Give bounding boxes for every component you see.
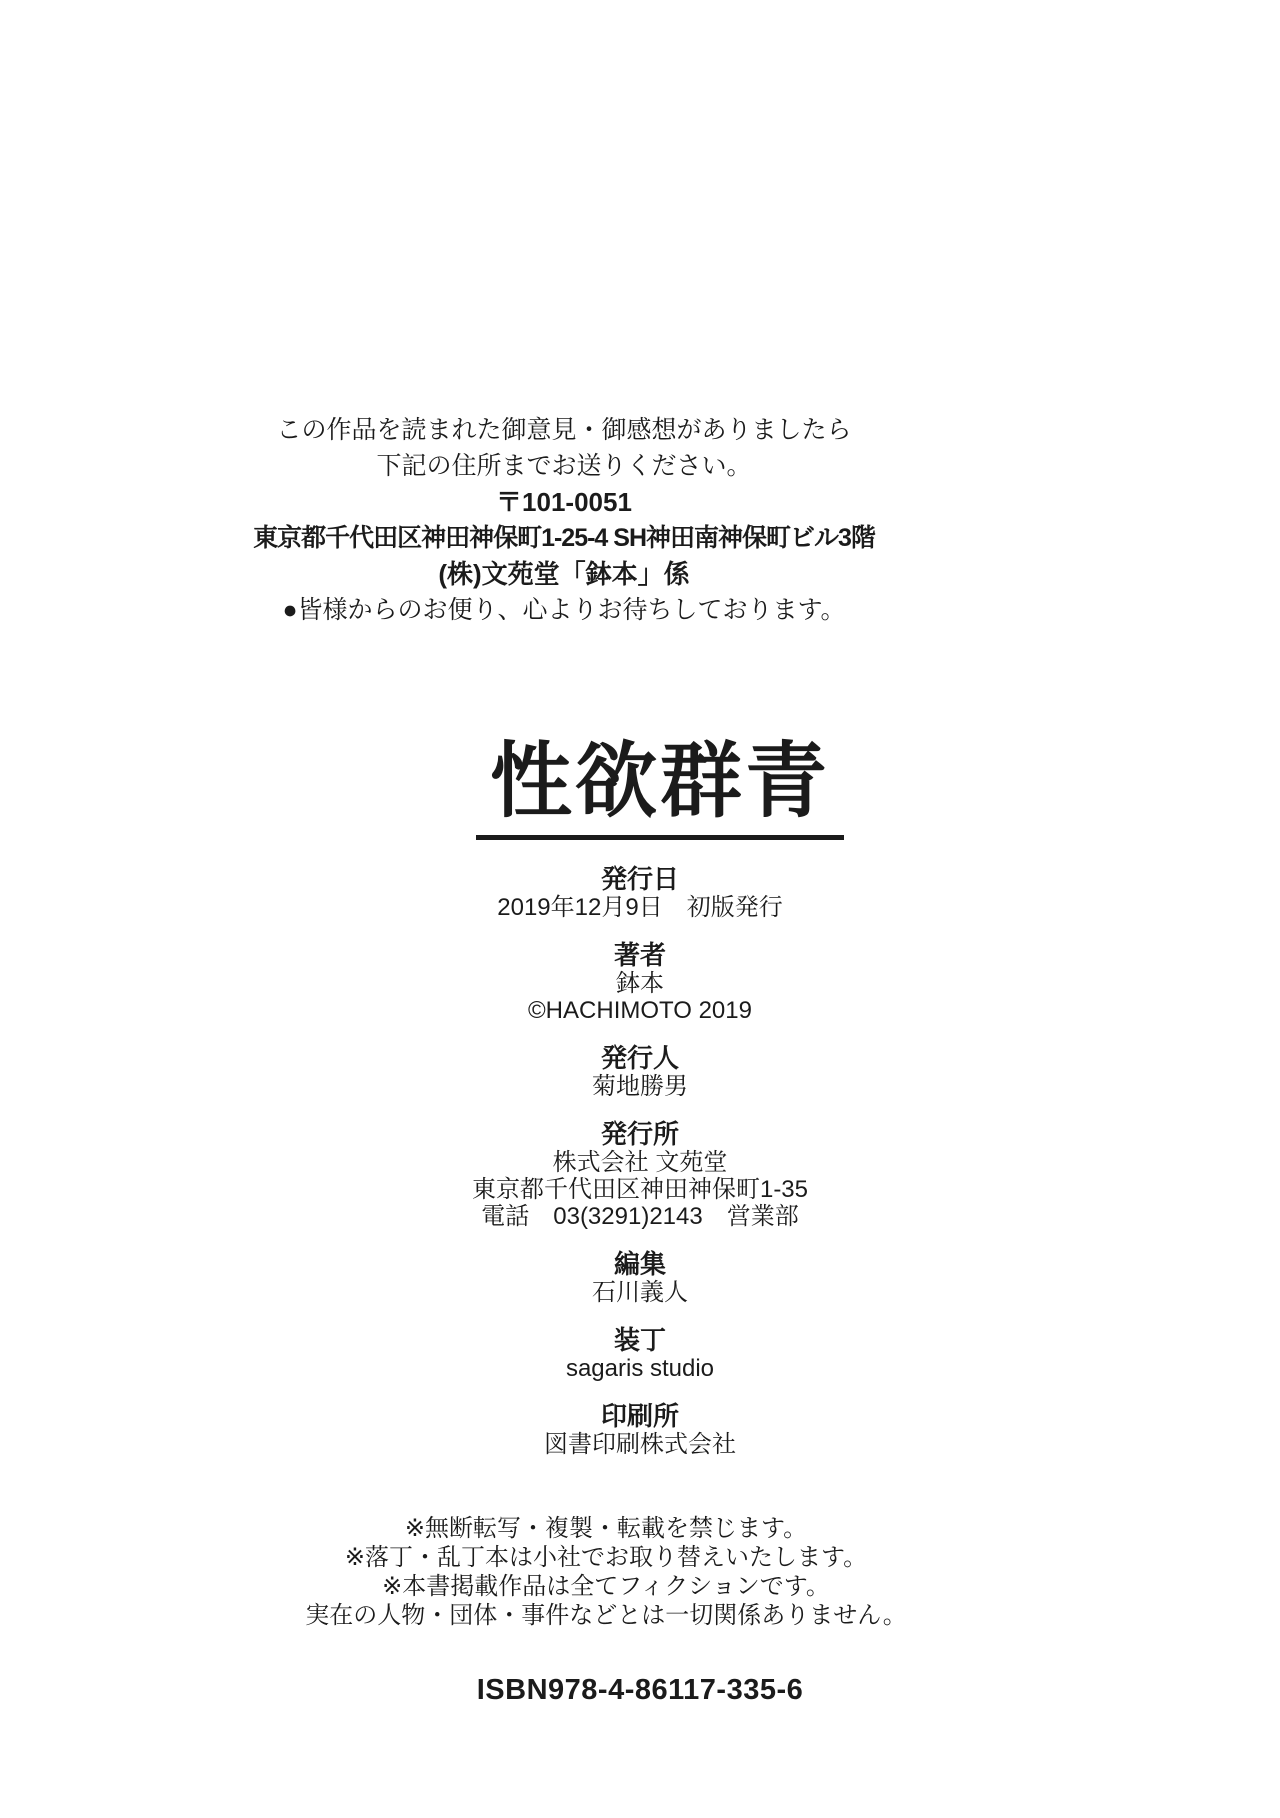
legal-notices-block: ※無断転写・複製・転載を禁じます。 ※落丁・乱丁本は小社でお取り替えいたします。… bbox=[305, 1514, 906, 1630]
section-publication-date: 発行日 2019年12月9日 初版発行 bbox=[472, 864, 808, 921]
notice-fiction-continued: 実在の人物・団体・事件などとは一切関係ありません。 bbox=[305, 1601, 906, 1630]
colophon-page: この作品を読まれた御意見・御感想がありましたら 下記の住所までお送りください。 … bbox=[0, 0, 1280, 1818]
copyright-line: ©HACHIMOTO 2019 bbox=[472, 997, 808, 1024]
isbn-number: ISBN978-4-86117-335-6 bbox=[477, 1674, 803, 1707]
publisher-company-name: 株式会社 文苑堂 bbox=[472, 1149, 808, 1176]
section-publisher-company: 発行所 株式会社 文苑堂 東京都千代田区神田神保町1-35 電話 03(3291… bbox=[472, 1119, 808, 1230]
reader-feedback-block: この作品を読まれた御意見・御感想がありましたら 下記の住所までお送りください。 … bbox=[253, 412, 875, 628]
postal-code: 〒101-0051 bbox=[253, 484, 875, 520]
book-title: 性欲群青 bbox=[476, 738, 844, 840]
publisher-phone: 電話 03(3291)2143 営業部 bbox=[472, 1203, 808, 1230]
section-editor: 編集 石川義人 bbox=[472, 1249, 808, 1306]
notice-no-reproduction: ※無断転写・複製・転載を禁じます。 bbox=[305, 1514, 906, 1543]
section-label: 装丁 bbox=[472, 1325, 808, 1355]
title-block: 性欲群青 bbox=[476, 738, 844, 840]
section-printer: 印刷所 図書印刷株式会社 bbox=[472, 1401, 808, 1458]
feedback-line-2: 下記の住所までお送りください。 bbox=[253, 448, 875, 484]
feedback-closing-line: ●皆様からのお便り、心よりお待ちしております。 bbox=[253, 592, 875, 628]
section-publisher-person: 発行人 菊地勝男 bbox=[472, 1043, 808, 1100]
section-author: 著者 鉢本 ©HACHIMOTO 2019 bbox=[472, 940, 808, 1024]
section-label: 発行所 bbox=[472, 1119, 808, 1149]
section-label: 印刷所 bbox=[472, 1401, 808, 1431]
section-line: 2019年12月9日 初版発行 bbox=[472, 894, 808, 921]
section-design: 装丁 sagaris studio bbox=[472, 1325, 808, 1382]
notice-fiction: ※本書掲載作品は全てフィクションです。 bbox=[305, 1572, 906, 1601]
publisher-mailing-address: 東京都千代田区神田神保町1-25-4 SH神田南神保町ビル3階 bbox=[253, 520, 875, 556]
feedback-line-1: この作品を読まれた御意見・御感想がありましたら bbox=[253, 412, 875, 448]
section-label: 著者 bbox=[472, 940, 808, 970]
author-name: 鉢本 bbox=[472, 970, 808, 997]
colophon-block: 発行日 2019年12月9日 初版発行 著者 鉢本 ©HACHIMOTO 201… bbox=[472, 864, 808, 1477]
design-studio-name: sagaris studio bbox=[472, 1355, 808, 1382]
publisher-company-address: 東京都千代田区神田神保町1-35 bbox=[472, 1176, 808, 1203]
section-label: 発行人 bbox=[472, 1043, 808, 1073]
printer-company-name: 図書印刷株式会社 bbox=[472, 1431, 808, 1458]
editor-name: 石川義人 bbox=[472, 1279, 808, 1306]
section-label: 編集 bbox=[472, 1249, 808, 1279]
section-label: 発行日 bbox=[472, 864, 808, 894]
publisher-person-name: 菊地勝男 bbox=[472, 1073, 808, 1100]
notice-defective-copies: ※落丁・乱丁本は小社でお取り替えいたします。 bbox=[305, 1543, 906, 1572]
mail-recipient: (株)文苑堂「鉢本」係 bbox=[253, 556, 875, 592]
